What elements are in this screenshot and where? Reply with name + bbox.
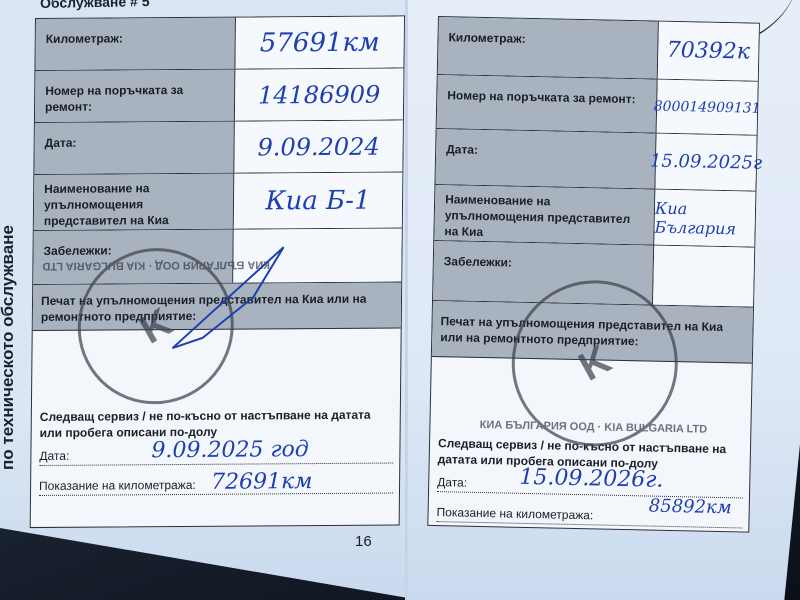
section-title: Обслужване # 5	[40, 0, 150, 11]
date-value: 15.09.2025г	[655, 134, 756, 191]
next-mileage-label: Показание на километража:	[39, 478, 196, 493]
left-page: по техническото обслужване Обслужване # …	[0, 0, 420, 600]
dealer-row: Наименование на упълномощения представит…	[34, 172, 403, 231]
dealer-label: Наименование на упълномощения представит…	[434, 185, 655, 245]
next-mileage-value: 72691км	[211, 469, 313, 495]
order-number-row: Номер на поръчката за ремонт: 14186909	[35, 68, 404, 123]
mileage-row: Километраж: 57691км	[35, 16, 404, 71]
next-date-value: 9.09.2025 год	[151, 437, 309, 463]
dealer-value: Киа Б-1	[234, 172, 403, 228]
dealer-label: Наименование на упълномощения представит…	[34, 174, 235, 230]
dealer-row: Наименование на упълномощения представит…	[434, 185, 755, 248]
dealer-value: Киа България	[654, 190, 755, 247]
page-number: 16	[355, 533, 372, 550]
side-heading: по техническото обслужване	[0, 225, 18, 470]
next-date-value: 15.09.2026г.	[519, 465, 664, 493]
date-row: Дата: 9.09.2024	[34, 120, 403, 175]
next-mileage-value: 85892км	[649, 496, 732, 519]
remarks-value	[653, 246, 754, 307]
kia-logo-icon: K	[571, 337, 618, 390]
order-number-row: Номер на поръчката за ремонт: 8000149091…	[437, 75, 758, 136]
order-number-value: 14186909	[235, 68, 404, 120]
order-number-label: Номер на поръчката за ремонт:	[35, 70, 236, 122]
order-number-value: 800014909131	[657, 80, 758, 135]
mileage-row: Километраж: 70392к	[438, 17, 759, 82]
stamp-ring-text: КИА БЪЛГАРИЯ ООД · KIA BULGARIA LTD	[480, 419, 708, 436]
service-record-left: Километраж: 57691км Номер на поръчката з…	[30, 15, 405, 528]
date-label: Дата:	[435, 129, 656, 189]
next-mileage-label: Показание на километража:	[436, 505, 593, 522]
mileage-value: 57691км	[235, 16, 404, 68]
order-number-label: Номер на поръчката за ремонт:	[437, 75, 658, 133]
next-date-label: Дата:	[437, 475, 467, 490]
next-date-label: Дата:	[39, 449, 69, 463]
date-value: 9.09.2024	[234, 120, 403, 172]
service-record-right: Километраж: 70392к Номер на поръчката за…	[427, 16, 760, 533]
mileage-value: 70392к	[658, 22, 759, 81]
next-service-label: Следващ сервиз / не по-късно от настъпва…	[40, 407, 392, 441]
mileage-label: Километраж:	[438, 17, 659, 79]
mileage-label: Километраж:	[35, 18, 236, 70]
signature-icon	[162, 237, 303, 358]
date-row: Дата: 15.09.2025г	[435, 129, 756, 192]
date-label: Дата:	[34, 122, 235, 174]
